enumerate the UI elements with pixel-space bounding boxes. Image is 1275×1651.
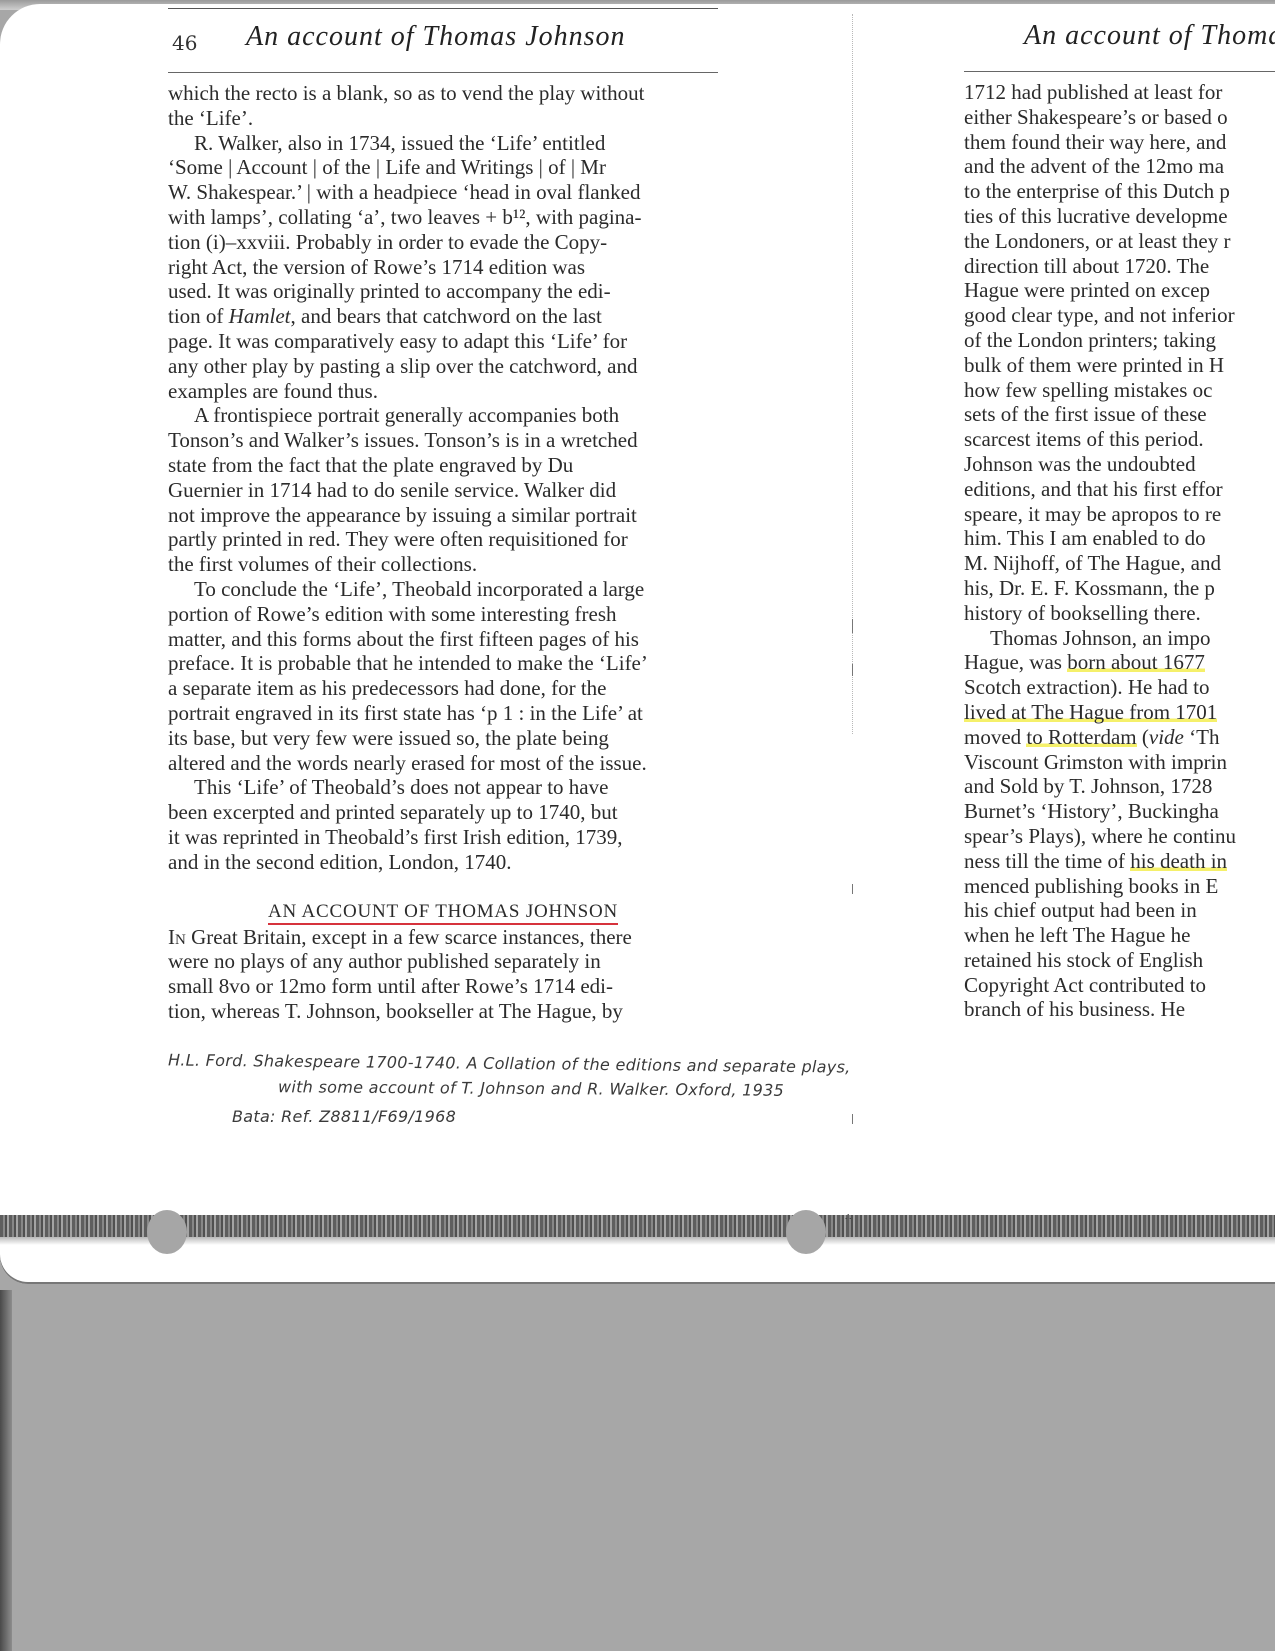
text-line: moved to Rotterdam (vide ‘Th	[964, 725, 1275, 750]
text-line: the Londoners, or at least they r	[964, 229, 1275, 254]
text-line: matter, and this forms about the first f…	[168, 627, 718, 652]
text-line: lived at The Hague from 1701	[964, 700, 1275, 725]
text-line: which the recto is a blank, so as to ven…	[168, 81, 718, 106]
text-line: it was reprinted in Theobald’s first Iri…	[168, 825, 718, 850]
handwritten-note-line-1: H.L. Ford. Shakespeare 1700-1740. A Coll…	[168, 1050, 851, 1076]
text-line: his chief output had been in	[964, 898, 1275, 923]
running-head-title: An account of Thomas Johnson	[1024, 20, 1275, 52]
text-line: portrait engraved in its first state has…	[168, 701, 718, 726]
left-body-text: which the recto is a blank, so as to ven…	[168, 81, 718, 875]
text-line: sets of the first issue of these	[964, 402, 1275, 427]
text-line: altered and the words nearly erased for …	[168, 751, 718, 776]
running-head-title: An account of Thomas Johnson	[246, 21, 626, 53]
right-body-text: 1712 had published at least foreither Sh…	[964, 80, 1275, 1022]
text-line: the first volumes of their collections.	[168, 552, 718, 577]
paragraph: To conclude the ‘Life’, Theobald incorpo…	[168, 577, 718, 775]
right-page: An account of Thomas Johnson 1712 had pu…	[964, 4, 1275, 1022]
text-line: ness till the time of his death in	[964, 849, 1275, 874]
text-line: menced publishing books in E	[964, 874, 1275, 899]
section-heading-text: AN ACCOUNT OF THOMAS JOHNSON	[268, 901, 618, 925]
text-line: bulk of them were printed in H	[964, 353, 1275, 378]
text-line: Copyright Act contributed to	[964, 973, 1275, 998]
text-line: with lamps’, collating ‘a’, two leaves +…	[168, 205, 718, 230]
binder-edge	[0, 1215, 1275, 1237]
text-line: scarcest items of this period.	[964, 427, 1275, 452]
text-line: ‘Some | Account | of the | Life and Writ…	[168, 155, 718, 180]
text-line: speare, it may be apropos to re	[964, 502, 1275, 527]
gutter-mark	[852, 884, 853, 894]
highlighted-text: his death in	[1130, 849, 1227, 873]
text-line: been excerpted and printed separately up…	[168, 800, 718, 825]
text-line: This ‘Life’ of Theobald’s does not appea…	[168, 775, 718, 800]
text-line: tion (i)–xxviii. Probably in order to ev…	[168, 230, 718, 255]
text-line: when he left The Hague he	[964, 923, 1275, 948]
text-line: not improve the appearance by issuing a …	[168, 503, 718, 528]
highlighted-text: to Rotterdam	[1026, 725, 1136, 749]
text-line: preface. It is probable that he intended…	[168, 651, 718, 676]
text-line: his, Dr. E. F. Kossmann, the p	[964, 576, 1275, 601]
text-line: and in the second edition, London, 1740.	[168, 850, 718, 875]
punch-hole	[147, 1210, 187, 1254]
scan-specks: ∴	[845, 1212, 851, 1223]
text-line: tion of Hamlet, and bears that catchword…	[168, 304, 718, 329]
text-line: To conclude the ‘Life’, Theobald incorpo…	[168, 577, 718, 602]
text-line: of the London printers; taking	[964, 328, 1275, 353]
gutter-mark	[852, 619, 853, 633]
text-line: partly printed in red. They were often r…	[168, 527, 718, 552]
head-rule	[964, 71, 1275, 72]
text-line: state from the fact that the plate engra…	[168, 453, 718, 478]
text-line: Burnet’s ‘History’, Buckingha	[964, 799, 1275, 824]
section-first-line: In Great Britain, except in a few scarce…	[168, 925, 718, 950]
section-paragraph: In Great Britain, except in a few scarce…	[168, 925, 718, 1024]
scanned-sheet: 46 An account of Thomas Johnson which th…	[0, 4, 1275, 1284]
text-line: Scotch extraction). He had to	[964, 675, 1275, 700]
binder-shadow	[0, 1237, 1275, 1245]
text-line: and Sold by T. Johnson, 1728	[964, 774, 1275, 799]
text-line: Tonson’s and Walker’s issues. Tonson’s i…	[168, 428, 718, 453]
text-line: how few spelling mistakes oc	[964, 378, 1275, 403]
paragraph: A frontispiece portrait generally accomp…	[168, 403, 718, 577]
text-line: Johnson was the undoubted	[964, 452, 1275, 477]
text-line: any other play by pasting a slip over th…	[168, 354, 718, 379]
text-line: him. This I am enabled to do	[964, 526, 1275, 551]
text-line: to the enterprise of this Dutch p	[964, 179, 1275, 204]
text-line: spear’s Plays), where he continu	[964, 824, 1275, 849]
text-line: either Shakespeare’s or based o	[964, 105, 1275, 130]
text-line: direction till about 1720. The	[964, 254, 1275, 279]
text-line: Hague, was born about 1677	[964, 650, 1275, 675]
text-line: portion of Rowe’s edition with some inte…	[168, 602, 718, 627]
handwritten-note-line-2: with some account of T. Johnson and R. W…	[278, 1077, 784, 1100]
text-line: good clear type, and not inferior	[964, 303, 1275, 328]
text-line: retained his stock of English	[964, 948, 1275, 973]
text-line: the ‘Life’.	[168, 106, 718, 131]
text-line: Hague were printed on excep	[964, 278, 1275, 303]
drop-word: In	[168, 925, 186, 949]
text-line: Thomas Johnson, an impo	[964, 626, 1275, 651]
text-line: right Act, the version of Rowe’s 1714 ed…	[168, 255, 718, 280]
highlighted-text: lived at The Hague from 1701	[964, 700, 1217, 724]
text-line: Viscount Grimston with imprin	[964, 750, 1275, 775]
scanner-left-edge	[0, 1290, 12, 1651]
text-line: M. Nijhoff, of The Hague, and	[964, 551, 1275, 576]
text-line: a separate item as his predecessors had …	[168, 676, 718, 701]
text-line: history of bookselling there.	[964, 601, 1275, 626]
text-line: ties of this lucrative developme	[964, 204, 1275, 229]
text-line: small 8vo or 12mo form until after Rowe’…	[168, 974, 718, 999]
right-running-head: An account of Thomas Johnson	[964, 8, 1275, 74]
paragraph: which the recto is a blank, so as to ven…	[168, 81, 718, 131]
text-line: A frontispiece portrait generally accomp…	[168, 403, 718, 428]
highlighted-text: born about 1677	[1067, 650, 1205, 674]
punch-hole	[786, 1210, 826, 1254]
text-line: 1712 had published at least for	[964, 80, 1275, 105]
left-running-head: 46 An account of Thomas Johnson	[168, 8, 718, 75]
gutter-mark	[852, 1114, 853, 1124]
text-line: tion, whereas T. Johnson, bookseller at …	[168, 999, 718, 1024]
text-line: its base, but very few were issued so, t…	[168, 726, 718, 751]
paragraph: This ‘Life’ of Theobald’s does not appea…	[168, 775, 718, 874]
text-line: examples are found thus.	[168, 379, 718, 404]
text-line: editions, and that his first effor	[964, 477, 1275, 502]
text-line: branch of his business. He	[964, 997, 1275, 1022]
page-number: 46	[172, 31, 197, 55]
paragraph: R. Walker, also in 1734, issued the ‘Lif…	[168, 131, 718, 404]
left-page: 46 An account of Thomas Johnson which th…	[168, 4, 718, 1024]
text-line: page. It was comparatively easy to adapt…	[168, 329, 718, 354]
section-heading: AN ACCOUNT OF THOMAS JOHNSON	[168, 901, 718, 923]
text-line: R. Walker, also in 1734, issued the ‘Lif…	[168, 131, 718, 156]
text-line: were no plays of any author published se…	[168, 949, 718, 974]
text-line: them found their way here, and	[964, 130, 1275, 155]
text-line: and the advent of the 12mo ma	[964, 154, 1275, 179]
gutter-mark	[852, 664, 853, 676]
handwritten-note-line-3: Bata: Ref. Z8811/F69/1968	[232, 1107, 456, 1126]
text-line: W. Shakespear.’ | with a headpiece ‘head…	[168, 180, 718, 205]
text-line: Guernier in 1714 had to do senile servic…	[168, 478, 718, 503]
head-rule	[168, 72, 718, 73]
text-line: used. It was originally printed to accom…	[168, 279, 718, 304]
